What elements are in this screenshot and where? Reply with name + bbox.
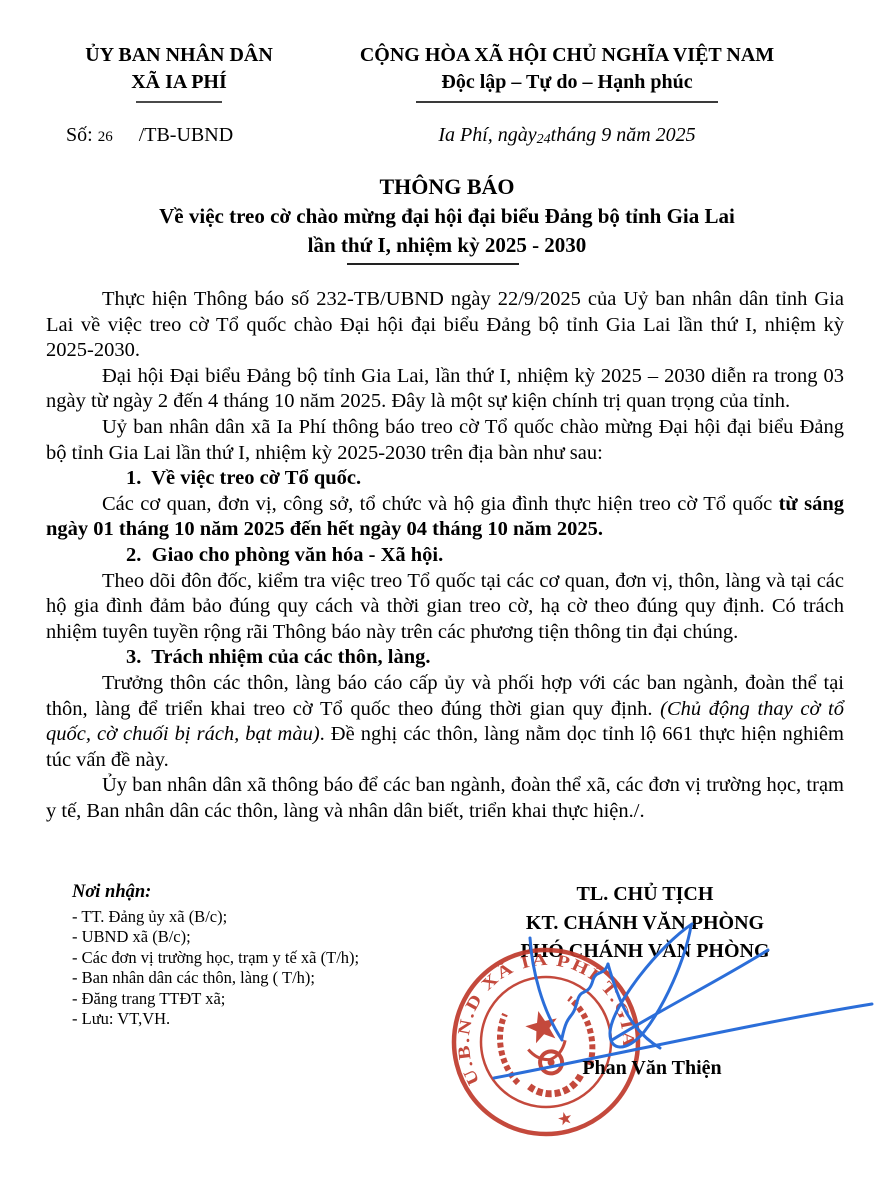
document-number-value: 26 xyxy=(98,129,113,145)
recipient-item: - Lưu: VT,VH. xyxy=(72,1009,359,1030)
paragraph-intro: Thực hiện Thông báo số 232-TB/UBND ngày … xyxy=(46,287,844,364)
issuing-org-block: ỦY BAN NHÂN DÂN XÃ IA PHÍ Số:26/TB-UBND xyxy=(58,42,300,148)
section-heading-3: 3. Trách nhiệm của các thôn, làng. xyxy=(46,645,844,671)
recipient-item: - UBND xã (B/c); xyxy=(72,927,359,948)
title-underline xyxy=(347,263,519,265)
document-header: ỦY BAN NHÂN DÂN XÃ IA PHÍ Số:26/TB-UBND … xyxy=(0,0,894,148)
recipients-label: Nơi nhận: xyxy=(72,882,359,903)
document-number-suffix: /TB-UBND xyxy=(139,124,233,146)
paragraph-announce: Uỷ ban nhân dân xã Ia Phí thông báo treo… xyxy=(46,415,844,466)
document-title-block: THÔNG BÁO Về việc treo cờ chào mừng đại … xyxy=(0,172,894,265)
document-subject-line1: Về việc treo cờ chào mừng đại hội đại bi… xyxy=(0,202,894,231)
place-date-suffix: tháng 9 năm 2025 xyxy=(551,124,696,146)
date-day: 24 xyxy=(537,132,551,147)
paragraph-closing: Ủy ban nhân dân xã thông báo để các ban … xyxy=(46,773,844,824)
document-body: Thực hiện Thông báo số 232-TB/UBND ngày … xyxy=(0,265,894,824)
document-type-title: THÔNG BÁO xyxy=(0,172,894,202)
motto-underline xyxy=(416,101,718,103)
recipients-block: Nơi nhận: - TT. Đảng ủy xã (B/c); - UBND… xyxy=(72,882,359,1030)
document-subject-line2: lần thứ I, nhiệm kỳ 2025 - 2030 xyxy=(0,231,894,260)
document-number-label: Số: xyxy=(66,124,93,146)
recipient-item: - Các đơn vị trường học, trạm y tế xã (T… xyxy=(72,948,359,969)
paragraph-culture-dept: Theo dõi đôn đốc, kiểm tra việc treo Tổ … xyxy=(46,569,844,646)
paragraph-village-duty: Trưởng thôn các thôn, làng báo cáo cấp ủ… xyxy=(46,671,844,773)
signer-name: Phan Văn Thiện xyxy=(537,1057,767,1080)
recipient-item: - Ban nhân dân các thôn, làng ( T/h); xyxy=(72,968,359,989)
place-date-prefix: Ia Phí, ngày xyxy=(438,124,536,146)
org-underline xyxy=(136,101,222,103)
section-heading-2: 2. Giao cho phòng văn hóa - Xã hội. xyxy=(46,543,844,569)
recipient-item: - Đăng trang TTĐT xã; xyxy=(72,989,359,1010)
document-page: ỦY BAN NHÂN DÂN XÃ IA PHÍ Số:26/TB-UBND … xyxy=(0,0,894,1200)
section-heading-1: 1. Về việc treo cờ Tổ quốc. xyxy=(46,466,844,492)
recipient-item: - TT. Đảng ủy xã (B/c); xyxy=(72,907,359,928)
document-number-line: Số:26/TB-UBND xyxy=(58,124,300,147)
issuing-org-unit: XÃ IA PHÍ xyxy=(58,69,300,96)
flag-period-normal: Các cơ quan, đơn vị, công sở, tổ chức và… xyxy=(102,493,779,515)
paragraph-event: Đại hội Đại biểu Đảng bộ tỉnh Gia Lai, l… xyxy=(46,364,844,415)
national-motto: Độc lập – Tự do – Hạnh phúc xyxy=(300,69,834,96)
recipients-list: - TT. Đảng ủy xã (B/c); - UBND xã (B/c);… xyxy=(72,907,359,1030)
place-date-line: Ia Phí, ngày24tháng 9 năm 2025 xyxy=(300,124,834,148)
signature-title-line1: TL. CHỦ TỊCH xyxy=(425,880,865,909)
national-header-block: CỘNG HÒA XÃ HỘI CHỦ NGHĨA VIỆT NAM Độc l… xyxy=(300,42,848,148)
stamp-bottom-star: ★ xyxy=(557,1110,574,1129)
paragraph-flag-period: Các cơ quan, đơn vị, công sở, tổ chức và… xyxy=(46,492,844,543)
national-title: CỘNG HÒA XÃ HỘI CHỦ NGHĨA VIỆT NAM xyxy=(300,42,834,69)
issuing-org-name: ỦY BAN NHÂN DÂN xyxy=(58,42,300,69)
